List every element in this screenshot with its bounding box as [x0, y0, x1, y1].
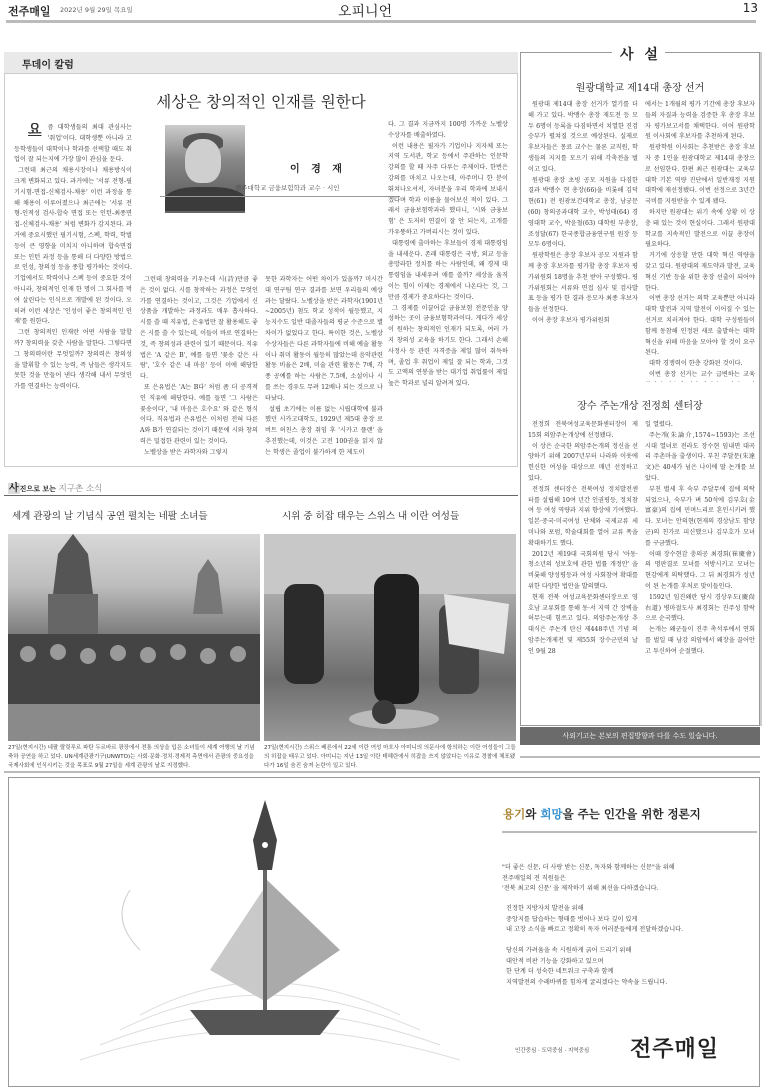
paragraph: 1592년 임진왜란 당시 경상우도(慶尙右道) 병마절도사 최경회는 진주성 … [645, 593, 755, 625]
paragraph: 설립 초기에는 이름 없는 시립대학에 불과했던 시카고대학도, 1929년 제… [265, 405, 383, 459]
paragraph: 그런데 최근의 채용시장이나 채용방식이 크게 변화되고 있다. 과거에는 '서… [14, 166, 132, 328]
photo-caption-iran: 27일(현지시간) 스위스 베른에서 22세 이란 여성 마흐사 아미니의 의문… [264, 744, 516, 771]
divider [502, 831, 757, 833]
label-initial: 사 [8, 483, 20, 494]
paragraph: 노벨상을 받은 과학자와 그렇지 [140, 448, 258, 459]
dropcap: 요 [28, 123, 42, 137]
paragraph: 이어 총장 후보자 평가위원회 [528, 316, 638, 327]
paragraph: 현재 전북 여성교육문화센터장으로 영호남 교류회를 통해 동·서 지역 간 장… [528, 593, 638, 658]
paragraph: 2012년 제19대 국회의원 당시 '아동·청소년의 성보호에 관한 법률 개… [528, 550, 638, 593]
ad-line: 한 단계 더 성숙한 네트워크 구축과 함께 [506, 967, 766, 978]
disclaimer-bar: 사외기고는 본보의 편집방향과 다를 수도 있습니다. [520, 727, 760, 745]
paragraph: 에서는 1개월의 평가 기간에 총장 후보자들의 자질과 능력을 검증한 후 총… [645, 100, 755, 143]
masthead-rule [6, 20, 756, 23]
label-small: 진으로 보는 [20, 485, 56, 493]
column-body-col2: 그런데 창의력을 키우는데 시(詩)만큼 좋은 것이 없다. 시를 창작하는 과… [140, 275, 258, 463]
ad-line: 중앙지를 답습하는 형태를 벗어나 보다 깊이 있게 [506, 915, 766, 926]
box-shadow [760, 52, 762, 726]
paragraph: 일 열렸다. [645, 420, 755, 431]
issue-date: 2022년 9월 29일 목요일 [60, 5, 133, 14]
photo-title-iran: 시위 중 히잡 태우는 스위스 내 이란 여성들 [282, 508, 459, 522]
column-title: 세상은 창의적인 인재를 원한다 [4, 90, 518, 112]
ad-line: 당신의 가려움을 속 시원하게 긁어 드리기 위해 [506, 946, 766, 957]
paragraph: 그런데 창의력을 키우는데 시(詩)만큼 좋은 것이 없다. 시를 창작하는 과… [140, 275, 258, 383]
paragraph: 대학 경쟁력이 한층 강화된 것이다. [645, 359, 755, 370]
editorial-body-col1: 원광대 제14대 총장 선거가 열기를 더해 가고 있다. 박맹수 총장 재도전… [528, 100, 638, 382]
author-photo [165, 125, 245, 213]
page-number: 13 [743, 1, 758, 15]
paragraph: 이때 장수현감 충의공 최경회(崔慶會)의 명판결로 모녀를 석방시키고 모녀는… [645, 550, 755, 593]
ad-paragraph-2: 진정한 지방자치 발전을 위해 중앙지를 답습하는 형태를 벗어나 보다 깊이 … [506, 904, 766, 936]
profile-body-col1: 전정희 전북여성교육문화센터장이 제15회 의암주논개상에 선정됐다. 이 상은… [528, 420, 638, 716]
headline-gold: 용기 [503, 807, 525, 821]
ad-paragraph-1: "더 좋은 신문, 더 사랑 받는 신문, 독자와 함께하는 신문"을 위해 전… [502, 863, 762, 895]
ad-line: 내 고장 소식을 빠르고 정확히 독자 여러분들에게 전달하겠습니다. [506, 925, 766, 936]
column-body-col4: 다. 그 결과 지금까지 100명 가까운 노벨상 수상자를 배출하였다. 이런… [388, 120, 508, 460]
ad-logo: 전주매일 [630, 1032, 719, 1063]
section-title: 오피니언 [338, 1, 392, 21]
divider [520, 756, 760, 758]
photo-nepal-dancers [8, 534, 260, 741]
ad-slogan: 인간중심 · 도덕중심 · 지역중심 [515, 1046, 589, 1054]
paragraph: 그 경제를 이끌어갈 금융보험 전문인을 양성하는 곳이 금융보험학과이다. 게… [388, 304, 508, 390]
divider [160, 196, 400, 197]
ad-paragraph-3: 당신의 가려움을 속 시원하게 긁어 드리기 위해 대안적 비판 기능을 강화하… [506, 946, 766, 988]
paragraph: 다. 그 결과 지금까지 100명 가까운 노벨상 수상자를 배출하였다. [388, 120, 508, 142]
paragraph: 원광학원 이사회는 추천받은 총장 후보자 중 1인을 원광대학교 제14대 총… [645, 143, 755, 208]
paragraph: 이런 내용은 필자가 기업이나 지자체 또는 지역 도서관, 학교 등에서 주관… [388, 142, 508, 239]
masthead: 전주매일 2022년 9월 29일 목요일 오피니언 13 [8, 0, 758, 22]
paragraph: 전정희 센터장은 전북여성 정치발전센터를 설립해 10여 년간 인권평등, 정… [528, 485, 638, 550]
author-affiliation: 전주대학교 금융보험학과 교수 · 시인 [235, 183, 340, 192]
paragraph: 대통령에 출마하는 후보들이 경제 대통령임을 내세운다. 존래 대통령은 국방… [388, 239, 508, 304]
paragraph: 이 상은 순국한 의암주논개의 정신을 선양하기 위해 2007년부터 나라와 … [528, 442, 638, 485]
paragraph: 그런 창의적인 인재란 어떤 사람을 말할까? 창의력을 갖춘 사람을 말한다.… [14, 328, 132, 393]
paragraph: 또 은유법은 'A는 B다' 처럼 좀 더 공격적인 직유에 해당한다. 예를 … [140, 383, 258, 448]
headline-text: 을 주는 인간을 위한 정론지 [563, 807, 701, 821]
paragraph: 하지만 원광대는 위기 속에 상황 이 상충 돼 있는 것이 현실이다. 그래서… [645, 208, 755, 251]
paragraph: 거기에 상응할 만한 대학 혁신 역량을 갖고 있다. 원광대의 재도약과 발전… [645, 251, 755, 294]
divider [4, 771, 760, 773]
paragraph: 원광학원은 총장 후보자 공모 지원과 함께 총장 후보자를 평가할 총장 후보… [528, 251, 638, 316]
editorial-body-col2: 에서는 1개월의 평가 기간에 총장 후보자들의 자질과 능력을 검증한 후 총… [645, 100, 755, 382]
column-body-col1: 요 즘 대학생들의 최대 관심사는 '취업'이다. 대학생뿐 아니라 고등학생들… [14, 123, 132, 463]
ad-line: 진정한 지방자치 발전을 위해 [506, 904, 766, 915]
column-label: 투데이 칼럼 [22, 56, 74, 71]
paragraph: 이번 총장 선거는 교수 급변하는 교육 환경에 대응해 대학 발전과 도약의 … [645, 370, 755, 382]
paragraph: 부친 별세 후 숙부 주달무에 집에 의탁되었으나, 숙부가 벼 50석에 김부… [645, 485, 755, 550]
ad-line: "더 좋은 신문, 더 사랑 받는 신문, 독자와 함께하는 신문"을 위해 [502, 863, 762, 874]
ad-headline: 용기와 희망을 주는 인간을 위한 정론지 [503, 806, 701, 822]
paragraph: 원광대 제14대 총장 선거가 열기를 더해 가고 있다. 박맹수 총장 재도전… [528, 100, 638, 176]
ad-line: 전주매일의 전 직원들은 [502, 874, 762, 885]
ad-line: '전북 최고의 신문' 을 제작하기 위해 최선을 다하겠습니다. [502, 884, 762, 895]
ad-line: 지역발전의 수레바퀴를 힘차게 굴리겠다는 약속을 드립니다. [506, 978, 766, 989]
photo-news-label: 사진으로 보는 지구촌 소식 [8, 479, 102, 494]
pen-ship-illustration [40, 800, 480, 1080]
profile-title: 장수 주논개상 전정희 센터장 [520, 397, 760, 412]
headline-text: 와 [525, 807, 540, 821]
column-body-col3: 못한 과학자는 어떤 차이가 있을까? 미시간대 연구팀 연구 결과를 보면 우… [265, 275, 383, 463]
ad-line: 대안적 비판 기능을 강화하고 있으며 [506, 957, 766, 968]
column-header: 투데이 칼럼 [4, 52, 518, 74]
newspaper-logo: 전주매일 [8, 3, 51, 19]
divider [520, 52, 612, 53]
photo-title-nepal: 세계 관광의 날 기념식 공연 펼치는 네팔 소녀들 [12, 508, 208, 522]
paragraph: 이번 총장 선거는 의학 교육뿐만 아니라 대학 발전과 지역 발전이 이어질 … [645, 294, 755, 359]
paragraph: 전정희 전북여성교육문화센터장이 제15회 의암주논개상에 선정됐다. [528, 420, 638, 442]
label-grey: 지구촌 소식 [59, 484, 103, 494]
paragraph: 논개는 왜군들이 진주 촉석루에서 연회를 벌일 때 남강 의암에서 왜장을 끌… [645, 625, 755, 657]
photo-caption-nepal: 27일(현지시간) 네팔 랄릿푸르 파탄 두르바르 광장에서 전통 의상을 입은… [8, 744, 260, 771]
paragraph: 못한 과학자는 어떤 차이가 있을까? 미시간대 연구팀 연구 결과를 보면 우… [265, 275, 383, 405]
profile-body-col2: 일 열렸다. 주논개(朱論介,1574~1593)는 조선 시대 열녀로 전라도… [645, 420, 755, 716]
author-name: 이 경 재 [290, 160, 346, 175]
headline-blue: 희망 [540, 807, 562, 821]
editorial-title: 원광대학교 제14대 총장 선거 [520, 79, 760, 94]
paragraph: 원광대 총장 초빙 공모 지원을 다짐한 결과 박맹수 현 총장(66)을 비롯… [528, 176, 638, 252]
divider [665, 52, 760, 53]
photo-iran-protest [264, 534, 516, 741]
editorial-label: 사 설 [620, 44, 661, 64]
paragraph: 주논개(朱論介,1574~1593)는 조선 시대 열녀로 전라도 장수현 임내… [645, 431, 755, 485]
